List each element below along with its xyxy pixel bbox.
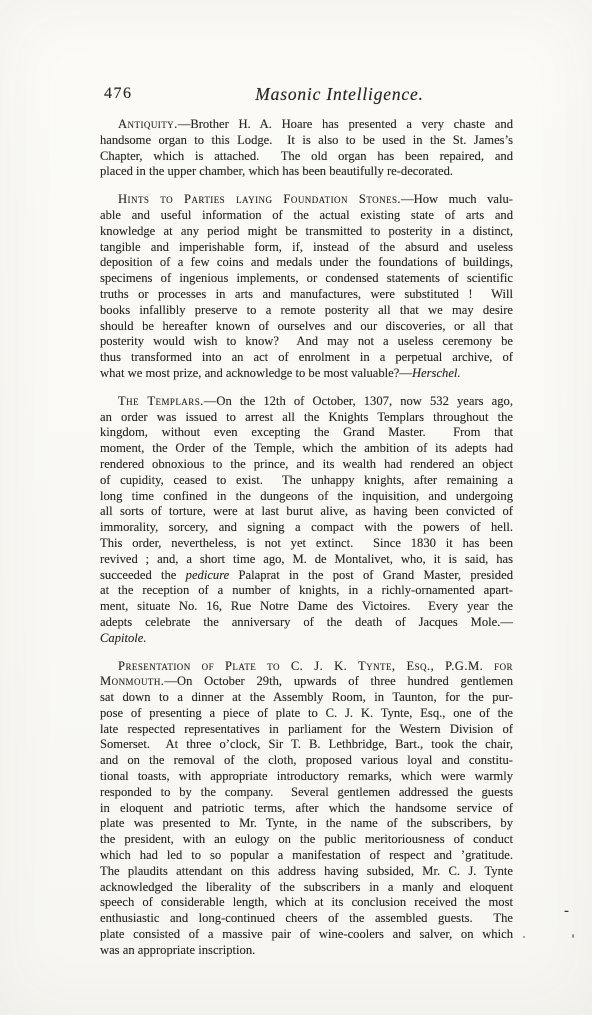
text-line: adepts celebrate the anniversary of the … bbox=[100, 615, 513, 631]
text-line-content: tional toasts, with appropriate introduc… bbox=[100, 769, 513, 783]
body-text: tangible and imperishable form, if, inst… bbox=[100, 240, 513, 254]
text-line-content: This order, nevertheless, is not yet ext… bbox=[100, 536, 513, 550]
text-line-content: rendered obnoxious to the prince, and it… bbox=[100, 457, 513, 471]
scan-artifact-dash: - bbox=[564, 903, 569, 920]
body-text: immorality, sorcery, and signing a compa… bbox=[100, 520, 513, 534]
text-line: speech of considerable length, which at … bbox=[100, 895, 513, 911]
body-text: succeeded the bbox=[100, 568, 186, 582]
text-line-content: sat down to a dinner at the Assembly Roo… bbox=[100, 690, 513, 704]
text-line: should be hereafter known of ourselves a… bbox=[100, 319, 513, 335]
scanned-book-page: 476 Masonic Intelligence. Antiquity.—Bro… bbox=[0, 0, 592, 1015]
text-line: plate consisted of a massive pair of win… bbox=[100, 927, 513, 943]
text-line: at the reception of a number of knights,… bbox=[100, 583, 513, 599]
body-text: books infallibly preserve to a remote po… bbox=[100, 303, 513, 317]
text-line-content: Presentation of Plate to C. J. K. Tynte,… bbox=[118, 659, 513, 673]
text-line-content: specimens of ingenious implements, or co… bbox=[100, 271, 513, 285]
text-line: rendered obnoxious to the prince, and it… bbox=[100, 457, 513, 473]
body-text: posterity would wish to know? And may no… bbox=[100, 334, 513, 348]
text-line: able and useful information of the actua… bbox=[100, 208, 513, 224]
body-text: —How much valu- bbox=[401, 192, 513, 206]
body-text: what we most prize, and acknowledge to b… bbox=[100, 366, 412, 380]
article-heading-text: The Templars. bbox=[118, 394, 204, 408]
body-text: Somerset. At three o’clock, Sir T. B. Le… bbox=[100, 737, 513, 751]
text-line-content: in eloquent and patriotic terms, after w… bbox=[100, 801, 513, 815]
text-line: moment, the Order of the Temple, which t… bbox=[100, 441, 513, 457]
text-line: the president, with an eulogy on the pub… bbox=[100, 832, 513, 848]
text-line: an order was issued to arrest all the Kn… bbox=[100, 410, 513, 426]
text-line: books infallibly preserve to a remote po… bbox=[100, 303, 513, 319]
text-line-content: kingdom, without even excepting the Gran… bbox=[100, 425, 513, 439]
text-line-content: books infallibly preserve to a remote po… bbox=[100, 303, 513, 317]
body-text: pose of presenting a piece of plate to C… bbox=[100, 706, 513, 720]
text-line-content: Somerset. At three o’clock, Sir T. B. Le… bbox=[100, 737, 513, 751]
body-text: ment, situate No. 16, Rue Notre Dame des… bbox=[100, 599, 513, 613]
text-line-content: Antiquity.—Brother H. A. Hoare has prese… bbox=[118, 117, 513, 131]
text-line-content: immorality, sorcery, and signing a compa… bbox=[100, 520, 513, 534]
scan-artifact-speck bbox=[523, 936, 525, 938]
text-line-content: plate was presented to Mr. Tynte, in the… bbox=[100, 816, 513, 830]
text-line-content: placed in the upper chamber, which has b… bbox=[100, 164, 453, 178]
text-line: The Templars.—On the 12th of October, 13… bbox=[100, 394, 513, 410]
text-line-content: revived ; and, a short time ago, M. de M… bbox=[100, 552, 513, 566]
text-line: specimens of ingenious implements, or co… bbox=[100, 271, 513, 287]
body-text: able and useful information of the actua… bbox=[100, 208, 513, 222]
text-line-content: all sorts of torture, were at last burut… bbox=[100, 504, 513, 518]
body-text: knowledge at any period might be transmi… bbox=[100, 224, 513, 238]
attribution-text: Capitole. bbox=[100, 631, 147, 645]
text-line-content: posterity would wish to know? And may no… bbox=[100, 334, 513, 348]
text-line: succeeded the pedicure Palaprat in the p… bbox=[100, 568, 513, 584]
text-line: sat down to a dinner at the Assembly Roo… bbox=[100, 690, 513, 706]
text-line-content: speech of considerable length, which at … bbox=[100, 895, 513, 909]
text-line-content: long time confined in the dungeons of th… bbox=[100, 489, 513, 503]
text-line-content: The plaudits attendant on this address h… bbox=[100, 864, 513, 878]
body-text: the president, with an eulogy on the pub… bbox=[100, 832, 513, 846]
text-line: late respected representatives in parlia… bbox=[100, 722, 513, 738]
body-text: truths or processes in arts and manufact… bbox=[100, 287, 513, 301]
text-line-content: plate consisted of a massive pair of win… bbox=[100, 927, 513, 941]
text-line-content: pose of presenting a piece of plate to C… bbox=[100, 706, 513, 720]
body-text: sat down to a dinner at the Assembly Roo… bbox=[100, 690, 513, 704]
body-text: which had led to so popular a manifestat… bbox=[100, 848, 513, 862]
text-line: Monmouth.—On October 29th, upwards of th… bbox=[100, 674, 513, 690]
body-text: plate consisted of a massive pair of win… bbox=[100, 927, 513, 941]
text-line: of cupidity, ceased to exist. The unhapp… bbox=[100, 473, 513, 489]
body-text: adepts celebrate the anniversary of the … bbox=[100, 615, 513, 629]
body-text: Chapter, which is attached. The old orga… bbox=[100, 149, 513, 163]
text-line: what we most prize, and acknowledge to b… bbox=[100, 366, 513, 382]
text-line: knowledge at any period might be transmi… bbox=[100, 224, 513, 240]
body-text: moment, the Order of the Temple, which t… bbox=[100, 441, 513, 455]
text-line: tangible and imperishable form, if, inst… bbox=[100, 240, 513, 256]
body-text: This order, nevertheless, is not yet ext… bbox=[100, 536, 513, 550]
body-text: —Brother H. A. Hoare has presented a ver… bbox=[178, 117, 513, 131]
text-line-content: ment, situate No. 16, Rue Notre Dame des… bbox=[100, 599, 513, 613]
text-line-content: the president, with an eulogy on the pub… bbox=[100, 832, 513, 846]
article-presentation-of-plate-tynte: Presentation of Plate to C. J. K. Tynte,… bbox=[100, 659, 513, 959]
text-line-content: tangible and imperishable form, if, inst… bbox=[100, 240, 513, 254]
body-text: in eloquent and patriotic terms, after w… bbox=[100, 801, 513, 815]
text-line-content: succeeded the pedicure Palaprat in the p… bbox=[100, 568, 513, 582]
text-line-content: Monmouth.—On October 29th, upwards of th… bbox=[100, 674, 513, 688]
article-hints-foundation-stones: Hints to Parties laying Foundation Stone… bbox=[100, 192, 513, 382]
text-line-content: deposition of a few coins and medals und… bbox=[100, 255, 513, 269]
text-line: deposition of a few coins and medals und… bbox=[100, 255, 513, 271]
text-line-content: which had led to so popular a manifestat… bbox=[100, 848, 513, 862]
body-text: speech of considerable length, which at … bbox=[100, 895, 513, 909]
text-line: Antiquity.—Brother H. A. Hoare has prese… bbox=[100, 117, 513, 133]
body-text: deposition of a few coins and medals und… bbox=[100, 255, 513, 269]
body-text: at the reception of a number of knights,… bbox=[100, 583, 513, 597]
body-text: and on the removal of the cloth, propose… bbox=[100, 753, 513, 767]
attribution-text: pedicure bbox=[186, 568, 230, 582]
text-line-content: handsome organ to this Lodge. It is also… bbox=[100, 133, 513, 147]
text-line-content: late respected representatives in parlia… bbox=[100, 722, 513, 736]
text-line: ment, situate No. 16, Rue Notre Dame des… bbox=[100, 599, 513, 615]
text-line-content: at the reception of a number of knights,… bbox=[100, 583, 513, 597]
text-line: tional toasts, with appropriate introduc… bbox=[100, 769, 513, 785]
text-line-content: an order was issued to arrest all the Kn… bbox=[100, 410, 513, 424]
body-text: acknowledged the liberality of the subsc… bbox=[100, 880, 513, 894]
scan-artifact-speck bbox=[572, 934, 574, 938]
text-line-content: should be hereafter known of ourselves a… bbox=[100, 319, 513, 333]
body-text: —On the 12th of October, 1307, now 532 y… bbox=[204, 394, 513, 408]
text-line: plate was presented to Mr. Tynte, in the… bbox=[100, 816, 513, 832]
text-line: revived ; and, a short time ago, M. de M… bbox=[100, 552, 513, 568]
body-text: was an appropriate inscription. bbox=[100, 943, 255, 957]
body-text: specimens of ingenious implements, or co… bbox=[100, 271, 513, 285]
text-line-content: and on the removal of the cloth, propose… bbox=[100, 753, 513, 767]
body-text: responded to by the company. Several gen… bbox=[100, 785, 513, 799]
text-line-content: Capitole. bbox=[100, 631, 147, 645]
text-line-content: of cupidity, ceased to exist. The unhapp… bbox=[100, 473, 513, 487]
text-line-content: Chapter, which is attached. The old orga… bbox=[100, 149, 513, 163]
text-line-content: able and useful information of the actua… bbox=[100, 208, 513, 222]
text-line: posterity would wish to know? And may no… bbox=[100, 334, 513, 350]
text-line-content: thus transformed into an act of enrolmen… bbox=[100, 350, 513, 364]
text-line: Hints to Parties laying Foundation Stone… bbox=[100, 192, 513, 208]
text-line: all sorts of torture, were at last burut… bbox=[100, 504, 513, 520]
text-line: placed in the upper chamber, which has b… bbox=[100, 164, 513, 180]
text-line: in eloquent and patriotic terms, after w… bbox=[100, 801, 513, 817]
body-text: tional toasts, with appropriate introduc… bbox=[100, 769, 513, 783]
text-line: pose of presenting a piece of plate to C… bbox=[100, 706, 513, 722]
body-text: —On October 29th, upwards of three hundr… bbox=[164, 674, 513, 688]
text-line: This order, nevertheless, is not yet ext… bbox=[100, 536, 513, 552]
text-line: which had led to so popular a manifestat… bbox=[100, 848, 513, 864]
text-line: The plaudits attendant on this address h… bbox=[100, 864, 513, 880]
text-line-content: The Templars.—On the 12th of October, 13… bbox=[118, 394, 513, 408]
text-line-content: Hints to Parties laying Foundation Stone… bbox=[118, 192, 513, 206]
body-text: placed in the upper chamber, which has b… bbox=[100, 164, 453, 178]
text-line-content: moment, the Order of the Temple, which t… bbox=[100, 441, 513, 455]
text-line-content: adepts celebrate the anniversary of the … bbox=[100, 615, 513, 629]
text-line-content: enthusiastic and long-continued cheers o… bbox=[100, 911, 513, 925]
body-text: kingdom, without even excepting the Gran… bbox=[100, 425, 513, 439]
body-text: plate was presented to Mr. Tynte, in the… bbox=[100, 816, 513, 830]
body-text: of cupidity, ceased to exist. The unhapp… bbox=[100, 473, 513, 487]
article-heading-text: Presentation of Plate to C. J. K. Tynte,… bbox=[118, 659, 513, 673]
body-text: revived ; and, a short time ago, M. de M… bbox=[100, 552, 513, 566]
text-line: Capitole. bbox=[100, 631, 513, 647]
text-line-content: acknowledged the liberality of the subsc… bbox=[100, 880, 513, 894]
text-line: handsome organ to this Lodge. It is also… bbox=[100, 133, 513, 149]
article-heading-text: Hints to Parties laying Foundation Stone… bbox=[118, 192, 401, 206]
text-line: enthusiastic and long-continued cheers o… bbox=[100, 911, 513, 927]
text-line: Somerset. At three o’clock, Sir T. B. Le… bbox=[100, 737, 513, 753]
body-text: should be hereafter known of ourselves a… bbox=[100, 319, 513, 333]
text-line: long time confined in the dungeons of th… bbox=[100, 489, 513, 505]
text-line-content: truths or processes in arts and manufact… bbox=[100, 287, 513, 301]
body-text: late respected representatives in parlia… bbox=[100, 722, 513, 736]
body-text: an order was issued to arrest all the Kn… bbox=[100, 410, 513, 424]
body-text: Palaprat in the post of Grand Master, pr… bbox=[229, 568, 513, 582]
article-heading-text: Monmouth. bbox=[100, 674, 164, 688]
running-title: Masonic Intelligence. bbox=[100, 84, 579, 105]
text-line: responded to by the company. Several gen… bbox=[100, 785, 513, 801]
text-line: was an appropriate inscription. bbox=[100, 943, 513, 959]
text-line: immorality, sorcery, and signing a compa… bbox=[100, 520, 513, 536]
text-line: truths or processes in arts and manufact… bbox=[100, 287, 513, 303]
text-line-content: was an appropriate inscription. bbox=[100, 943, 255, 957]
page-header: 476 Masonic Intelligence. bbox=[100, 85, 513, 107]
text-line-content: responded to by the company. Several gen… bbox=[100, 785, 513, 799]
text-line: Presentation of Plate to C. J. K. Tynte,… bbox=[100, 659, 513, 675]
article-antiquity: Antiquity.—Brother H. A. Hoare has prese… bbox=[100, 117, 513, 180]
text-line: thus transformed into an act of enrolmen… bbox=[100, 350, 513, 366]
text-line: Chapter, which is attached. The old orga… bbox=[100, 149, 513, 165]
body-text: enthusiastic and long-continued cheers o… bbox=[100, 911, 513, 925]
attribution-text: Herschel. bbox=[412, 366, 461, 380]
article-text-block: Antiquity.—Brother H. A. Hoare has prese… bbox=[100, 117, 513, 959]
body-text: all sorts of torture, were at last burut… bbox=[100, 504, 513, 518]
body-text: thus transformed into an act of enrolmen… bbox=[100, 350, 513, 364]
article-the-templars: The Templars.—On the 12th of October, 13… bbox=[100, 394, 513, 647]
text-line: acknowledged the liberality of the subsc… bbox=[100, 880, 513, 896]
body-text: long time confined in the dungeons of th… bbox=[100, 489, 513, 503]
body-text: The plaudits attendant on this address h… bbox=[100, 864, 513, 878]
text-line: and on the removal of the cloth, propose… bbox=[100, 753, 513, 769]
text-line-content: what we most prize, and acknowledge to b… bbox=[100, 366, 461, 380]
body-text: handsome organ to this Lodge. It is also… bbox=[100, 133, 513, 147]
article-heading-text: Antiquity. bbox=[118, 117, 178, 131]
text-line-content: knowledge at any period might be transmi… bbox=[100, 224, 513, 238]
text-line: kingdom, without even excepting the Gran… bbox=[100, 425, 513, 441]
body-text: rendered obnoxious to the prince, and it… bbox=[100, 457, 513, 471]
